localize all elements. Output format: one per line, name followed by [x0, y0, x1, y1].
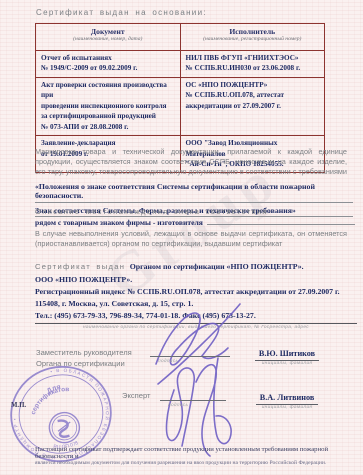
mark-location-block: Описание местонахождения знака соответст…: [35, 207, 355, 227]
stamp-place-label: М.П.: [11, 402, 26, 409]
table-row: Акт проверки состояния производства при …: [36, 77, 325, 135]
footer-line-2: является необходимым документом для полу…: [35, 460, 347, 466]
deputy-name: В.Ю. Шитиков: [255, 349, 319, 361]
certificate-page: Group Сертификат выдан на основании: Док…: [0, 0, 363, 475]
expert-name-caption: инициалы, фамилия: [237, 405, 337, 410]
table-row: Отчет об испытаниях № 1949/С-2009 от 09.…: [36, 51, 325, 78]
regulation-line-1: «Положения о знаке соответствия Системы …: [35, 182, 353, 203]
header-document-subtitle: (наименование, номер, дата): [41, 36, 175, 42]
expert-name-block: В.А. Литвинов инициалы, фамилия: [237, 387, 337, 410]
row2-document-cell: Акт проверки состояния производства при …: [36, 77, 181, 135]
cancellation-clause: В случае невыполнения условий, лежащих в…: [35, 229, 347, 249]
intro-label: Сертификат выдан на основании:: [36, 8, 207, 17]
row1-executor-cell: НИЛ ПВБ ФГУП «ГНИИХТЭОС» № ССПБ.RU.ИН030…: [180, 51, 325, 78]
table-header-executor: Исполнитель (наименование, регистрационн…: [180, 24, 325, 51]
issued-label: Сертификат выдан: [35, 262, 125, 271]
deputy-name-block: В.Ю. Шитиков инициалы, фамилия: [237, 343, 337, 366]
table-header-document: Документ (наименование, номер, дата): [36, 24, 181, 51]
mark-location-label: Описание местонахождения знака соответст…: [35, 207, 355, 216]
mark-location-value: рядом с товарным знаком фирмы - изготови…: [35, 218, 203, 227]
header-executor-title: Исполнитель: [186, 27, 320, 36]
expert-signature-line: [160, 400, 226, 401]
deputy-name-caption: инициалы, фамилия: [237, 361, 337, 366]
footer-note: Настоящий сертификат подтверждает соотве…: [35, 446, 347, 466]
issued-org-name: Органом по сертификации «НПО ПОЖЦЕНТР».: [130, 262, 304, 271]
row1-document-cell: Отчет об испытаниях № 1949/С-2009 от 09.…: [36, 51, 181, 78]
footer-line-1: Настоящий сертификат подтверждает соотве…: [35, 446, 347, 460]
expert-name: В.А. Литвинов: [256, 393, 319, 405]
table-header-row: Документ (наименование, номер, дата) Исп…: [36, 24, 325, 51]
issued-company: ООО «НПО ПОЖЦЕНТР».: [35, 274, 357, 286]
expert-role: Эксперт: [122, 390, 151, 401]
marking-paragraph: Маркировка товара и технической документ…: [35, 147, 347, 178]
header-executor-subtitle: (наименование, регистрационный номер): [186, 36, 320, 42]
header-document-title: Документ: [41, 27, 175, 36]
expert-signature-caption: подпись: [168, 403, 188, 408]
mark-location-ruled-line: [207, 218, 355, 225]
row2-executor-cell: ОС «НПО ПОЖЦЕНТР» № ССПБ.RU.ОП.078, атте…: [180, 77, 325, 135]
issued-registration: Регистрационный индекс № ССПБ.RU.ОП.078,…: [35, 286, 357, 298]
